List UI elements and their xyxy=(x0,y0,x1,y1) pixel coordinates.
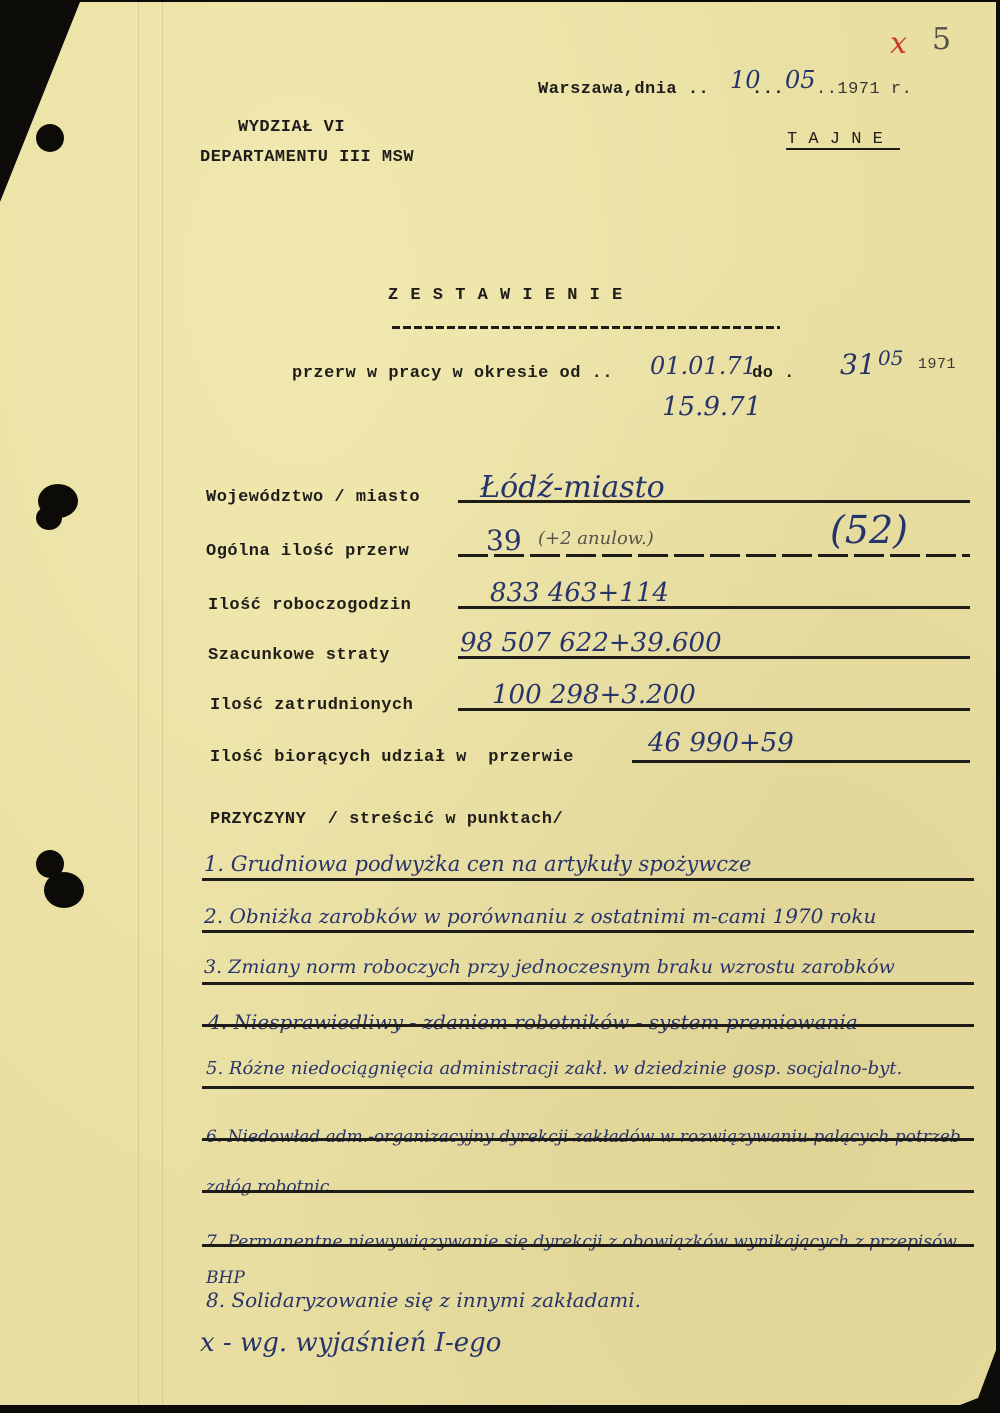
footnote: x - wg. wyjaśnień I-ego xyxy=(200,1328,501,1358)
page-mark-red: x xyxy=(890,26,907,61)
dept-line-2: DEPARTAMENTU III MSW xyxy=(200,148,414,167)
reason-line xyxy=(202,1024,974,1027)
field-label-participants: Ilość biorących udział w przerwie xyxy=(210,748,574,767)
field-value-employees: 100 298+3.200 xyxy=(492,680,696,710)
date-month: 05 xyxy=(785,66,816,94)
field-total-annotation: (52) xyxy=(830,508,908,552)
field-line xyxy=(632,760,970,763)
field-value-losses: 98 507 622+39.600 xyxy=(460,628,722,658)
punch-hole xyxy=(36,124,64,152)
document-title: Z E S T A W I E N I E xyxy=(388,286,623,305)
reason-item: 5. Różne niedociągnięcia administracji z… xyxy=(206,1058,902,1079)
date-dots: ... xyxy=(752,80,784,99)
period-correction: 15.9.71 xyxy=(662,392,761,422)
reason-line xyxy=(202,930,974,933)
reason-item: 2. Obniżka zarobków w porównaniu z ostat… xyxy=(204,904,876,928)
reason-item: 3. Zmiany norm roboczych przy jednoczesn… xyxy=(204,956,895,978)
field-value-work-hours: 833 463+114 xyxy=(490,578,669,608)
reason-item: 1. Grudniowa podwyżka cen na artykuły sp… xyxy=(204,852,752,876)
reason-line xyxy=(202,982,974,985)
reason-item: 8. Solidaryzowanie się z innymi zakładam… xyxy=(206,1288,641,1312)
reason-item: 6. Niedowład adm.-organizacyjny dyrekcji… xyxy=(206,1112,976,1212)
field-note-total-breaks: (+2 anulow.) xyxy=(538,528,654,549)
fold-line xyxy=(162,0,163,1405)
field-line xyxy=(458,606,970,609)
reason-line xyxy=(202,1244,974,1247)
period-to-label: do . xyxy=(752,364,795,383)
classification-stamp: T A J N E xyxy=(787,130,883,149)
reasons-heading: PRZYCZYNY / streścić w punktach/ xyxy=(210,810,563,829)
period-label: przerw w pracy w okresie od .. xyxy=(292,364,613,383)
reason-line xyxy=(202,1138,974,1141)
field-label-losses: Szacunkowe straty xyxy=(208,646,390,665)
reason-item: 4. Niesprawiedliwy - zdaniem robotników … xyxy=(208,1010,858,1034)
field-label-employees: Ilość zatrudnionych xyxy=(210,696,413,715)
punch-hole xyxy=(44,872,84,908)
document-page: x 5 Warszawa,dnia .. 10 ... 05 ..1971 r.… xyxy=(0,0,996,1405)
reason-line xyxy=(202,878,974,881)
field-value-total-breaks: 39 xyxy=(486,524,522,557)
reason-line xyxy=(202,1086,974,1089)
field-label-work-hours: Ilość roboczogodzin xyxy=(208,596,411,615)
dept-line-1: WYDZIAŁ VI xyxy=(238,118,345,137)
field-line xyxy=(458,656,970,659)
place-date-label: Warszawa,dnia .. xyxy=(538,80,709,99)
fold-line xyxy=(138,0,139,1405)
field-line xyxy=(458,554,970,557)
classification-underline xyxy=(786,148,900,150)
period-from: 01.01.71. xyxy=(650,352,765,380)
reason-item: 7. Permanentne niewywiązywanie się dyrek… xyxy=(206,1224,986,1296)
period-to-month: 05 xyxy=(878,346,903,370)
field-line xyxy=(458,708,970,711)
period-to-day: 31 xyxy=(840,348,876,381)
field-line xyxy=(458,500,970,503)
title-separator xyxy=(392,326,780,329)
page-number: 5 xyxy=(932,22,951,57)
field-label-voivodeship: Województwo / miasto xyxy=(206,488,420,507)
field-label-total-breaks: Ogólna ilość przerw xyxy=(206,542,409,561)
punch-hole xyxy=(36,506,62,530)
period-to-year: 1971 xyxy=(918,356,956,373)
reason-line xyxy=(202,1190,974,1193)
field-value-participants: 46 990+59 xyxy=(648,728,794,758)
date-year: ..1971 r. xyxy=(816,80,912,99)
